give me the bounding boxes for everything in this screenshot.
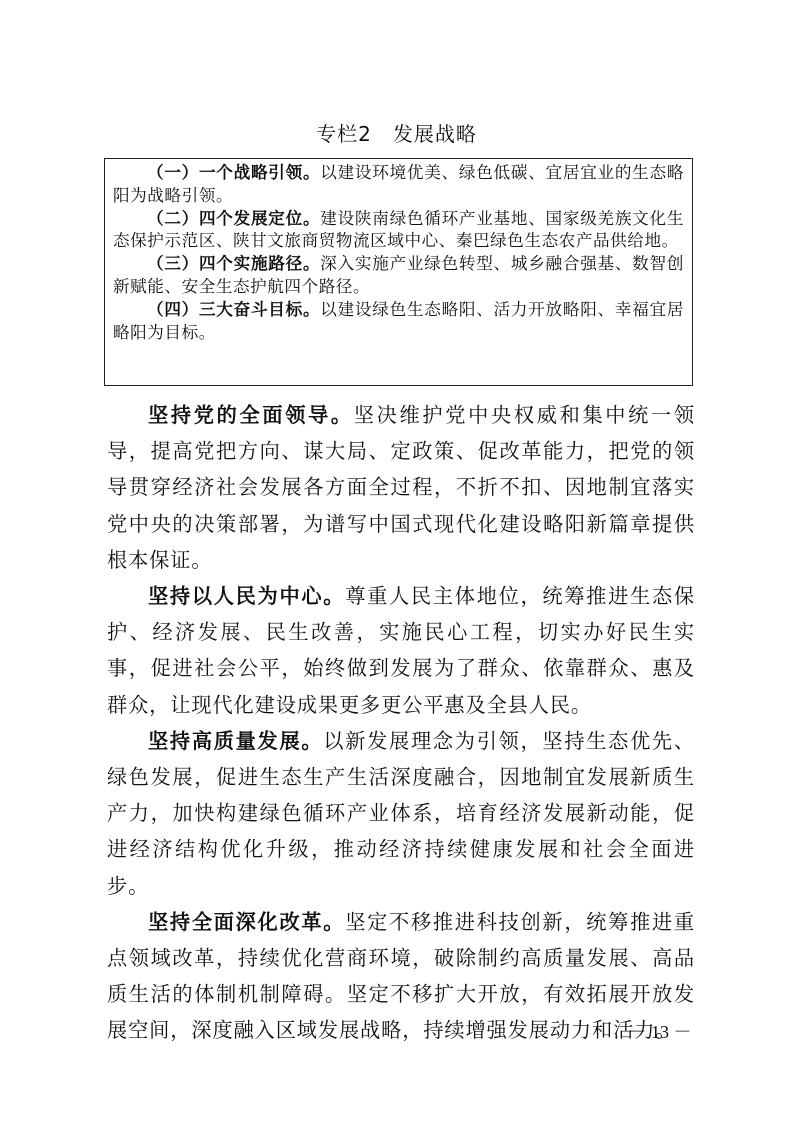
- paragraph-text: 以新发展理念为引领，坚持生态优先、绿色发展，促进生态生产生活深度融合，因地制宜发…: [107, 729, 695, 898]
- paragraph-text: 坚决维护党中央权威和集中统一领导，提高党把方向、谋大局、定政策、促改革能力，把党…: [107, 403, 695, 572]
- column-box: （一）一个战略引领。以建设环境优美、绿色低碳、宜居宜业的生态略阳为战略引领。 （…: [104, 158, 693, 386]
- paragraph: 坚持党的全面领导。坚决维护党中央权威和集中统一领导，提高党把方向、谋大局、定政策…: [107, 397, 695, 578]
- column-item-lead: （一）一个战略引领。: [147, 163, 320, 182]
- column-box-title: 专栏2 发展战略: [0, 121, 793, 147]
- paragraph: 坚持以人民为中心。尊重人民主体地位，统筹推进生态保护、经济发展、民生改善，实施民…: [107, 578, 695, 723]
- column-item-lead: （三）四个实施路径。: [147, 254, 320, 273]
- paragraph-lead: 坚持党的全面领导。: [148, 403, 354, 427]
- column-item: （三）四个实施路径。深入实施产业绿色转型、城乡融合强基、数智创新赋能、安全生态护…: [113, 253, 684, 299]
- column-item: （二）四个发展定位。建设陕南绿色循环产业基地、国家级羌族文化生态保护示范区、陕甘…: [113, 208, 684, 254]
- column-item: （一）一个战略引领。以建设环境优美、绿色低碳、宜居宜业的生态略阳为战略引领。: [113, 162, 684, 208]
- column-item-lead: （四）三大奋斗目标。: [147, 300, 320, 319]
- column-item: （四）三大奋斗目标。以建设绿色生态略阳、活力开放略阳、幸福宜居略阳为目标。: [113, 299, 684, 345]
- document-page: 专栏2 发展战略 （一）一个战略引领。以建设环境优美、绿色低碳、宜居宜业的生态略…: [0, 0, 793, 1122]
- paragraph-lead: 坚持以人民为中心。: [148, 584, 345, 608]
- page-number: － 13 －: [620, 1020, 700, 1044]
- paragraph-lead: 坚持高质量发展。: [148, 729, 323, 753]
- body-text: 坚持党的全面领导。坚决维护党中央权威和集中统一领导，提高党把方向、谋大局、定政策…: [107, 397, 695, 1049]
- paragraph: 坚持高质量发展。以新发展理念为引领，坚持生态优先、绿色发展，促进生态生产生活深度…: [107, 723, 695, 904]
- paragraph: 坚持全面深化改革。坚定不移推进科技创新，统筹推进重点领域改革，持续优化营商环境，…: [107, 904, 695, 1049]
- paragraph-lead: 坚持全面深化改革。: [148, 910, 345, 934]
- column-item-lead: （二）四个发展定位。: [147, 209, 320, 228]
